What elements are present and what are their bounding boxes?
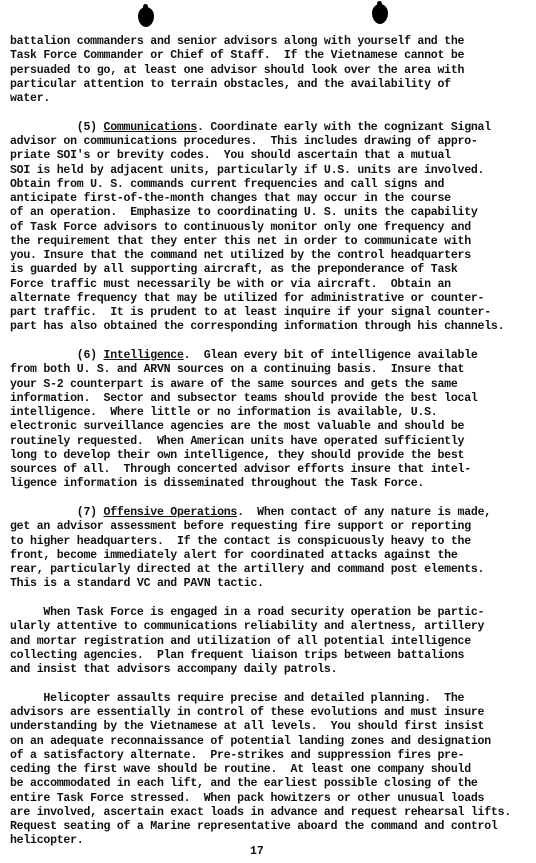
paragraph-gap — [10, 592, 534, 607]
text-line: routinely requested. When American units… — [10, 435, 534, 449]
paragraph-gap — [10, 492, 534, 507]
text-line: are involved, ascertain exact loads in a… — [10, 806, 534, 820]
text-line: Obtain from U. S. commands current frequ… — [10, 178, 534, 192]
punch-hole-right — [372, 4, 388, 24]
text-line: When Task Force is engaged in a road sec… — [10, 606, 534, 620]
line-text: . Glean every bit of intelligence availa… — [184, 349, 478, 362]
text-line: collecting agencies. Plan frequent liais… — [10, 649, 534, 663]
document-page: battalion commanders and senior advisors… — [10, 35, 534, 849]
text-line: part has also obtained the corresponding… — [10, 320, 534, 334]
section-heading: Offensive Operations — [104, 506, 238, 519]
section-number: (5) — [10, 121, 104, 134]
text-line: to higher headquarters. If the contact i… — [10, 535, 534, 549]
text-line: the requirement that they enter this net… — [10, 235, 534, 249]
text-line: SOI is held by adjacent units, particula… — [10, 164, 534, 178]
paragraph-gap — [10, 106, 534, 121]
section-first-line: (6) Intelligence. Glean every bit of int… — [10, 349, 534, 363]
text-line: get an advisor assessment before request… — [10, 520, 534, 534]
text-line: water. — [10, 92, 534, 106]
text-line: Helicopter assaults require precise and … — [10, 692, 534, 706]
text-line: Task Force Commander or Chief of Staff. … — [10, 49, 534, 63]
text-line: Force traffic must necessarily be with o… — [10, 278, 534, 292]
text-line: of Task Force advisors to continuously m… — [10, 221, 534, 235]
text-line: your S-2 counterpart is aware of the sam… — [10, 378, 534, 392]
section-heading: Communications — [104, 121, 198, 134]
section-number: (7) — [10, 506, 104, 519]
text-line: and insist that advisors accompany daily… — [10, 663, 534, 677]
text-line: Request seating of a Marine representati… — [10, 820, 534, 834]
text-line: ularly attentive to communications relia… — [10, 620, 534, 634]
text-line: sources of all. Through concerted adviso… — [10, 463, 534, 477]
section-offensive-operations: (7) Offensive Operations. When contact o… — [10, 506, 534, 592]
text-line: persuaded to go, at least one advisor sh… — [10, 64, 534, 78]
text-line: entire Task Force stressed. When pack ho… — [10, 792, 534, 806]
text-line: intelligence. Where little or no informa… — [10, 406, 534, 420]
text-line: ligence information is disseminated thro… — [10, 477, 534, 491]
paragraph-gap — [10, 677, 534, 692]
text-line: you. Insure that the command net utilize… — [10, 249, 534, 263]
text-line: advisors are essentially in control of t… — [10, 706, 534, 720]
text-line: helicopter. — [10, 834, 534, 848]
text-line: electronic surveillance agencies are the… — [10, 420, 534, 434]
text-line: This is a standard VC and PAVN tactic. — [10, 577, 534, 591]
text-line: of a satisfactory alternate. Pre-strikes… — [10, 749, 534, 763]
text-line: part traffic. It is prudent to at least … — [10, 306, 534, 320]
text-line: particular attention to terrain obstacle… — [10, 78, 534, 92]
section-first-line: (5) Communications. Coordinate early wit… — [10, 121, 534, 135]
text-line: from both U. S. and ARVN sources on a co… — [10, 363, 534, 377]
section-intelligence: (6) Intelligence. Glean every bit of int… — [10, 349, 534, 492]
text-line: advisor on communications procedures. Th… — [10, 135, 534, 149]
text-line: alternate frequency that may be utilized… — [10, 292, 534, 306]
section-first-line: (7) Offensive Operations. When contact o… — [10, 506, 534, 520]
text-line: rear, particularly directed at the artil… — [10, 563, 534, 577]
line-text: . Coordinate early with the cognizant Si… — [197, 121, 491, 134]
paragraph-gap — [10, 335, 534, 350]
line-text: . When contact of any nature is made, — [237, 506, 491, 519]
text-line: long to develop their own intelligence, … — [10, 449, 534, 463]
paragraph: battalion commanders and senior advisors… — [10, 35, 534, 106]
punch-hole-left — [138, 7, 154, 27]
text-line: understanding by the Vietnamese at all l… — [10, 720, 534, 734]
text-line: is guarded by all supporting aircraft, a… — [10, 263, 534, 277]
text-line: ceding the first wave should be routine.… — [10, 763, 534, 777]
text-line: anticipate first-of-the-month changes th… — [10, 192, 534, 206]
paragraph: When Task Force is engaged in a road sec… — [10, 606, 534, 677]
text-line: of an operation. Emphasize to coordinati… — [10, 206, 534, 220]
text-line: on an adequate reconnaissance of potenti… — [10, 735, 534, 749]
section-heading: Intelligence — [104, 349, 184, 362]
text-line: information. Sector and subsector teams … — [10, 392, 534, 406]
paragraph: Helicopter assaults require precise and … — [10, 692, 534, 849]
text-line: battalion commanders and senior advisors… — [10, 35, 534, 49]
text-line: priate SOI's or brevity codes. You shoul… — [10, 149, 534, 163]
section-communications: (5) Communications. Coordinate early wit… — [10, 121, 534, 335]
text-line: be accommodated in each lift, and the ea… — [10, 777, 534, 791]
page-number: 17 — [250, 845, 264, 858]
text-line: front, become immediately alert for coor… — [10, 549, 534, 563]
text-line: and mortar registration and utilization … — [10, 635, 534, 649]
section-number: (6) — [10, 349, 104, 362]
